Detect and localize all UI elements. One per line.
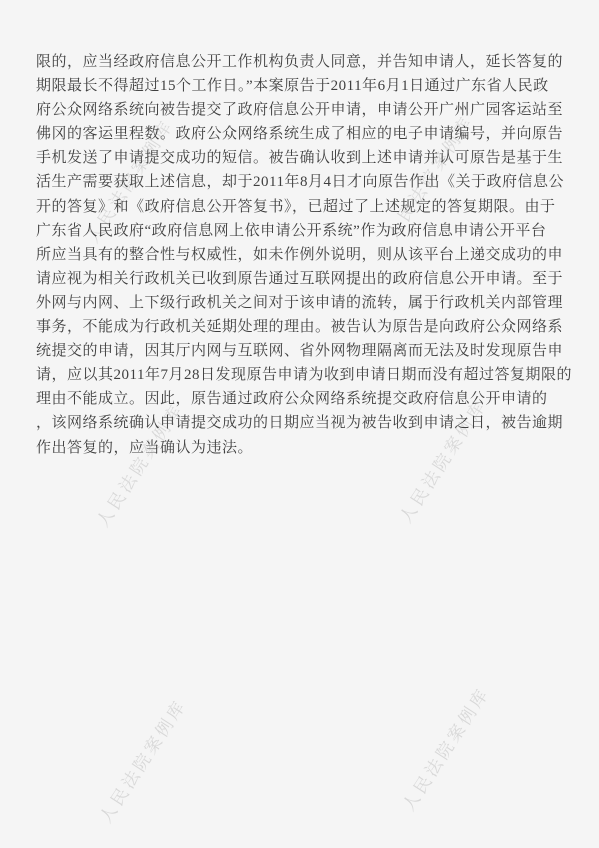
text-line: 限的，应当经政府信息公开工作机构负责人同意，并告知申请人，延长答复的 [36,50,569,74]
text-line: 活生产需要获取上述信息，却于2011年8月4日才向原告作出《关于政府信息公 [36,170,569,194]
text-line: 期限最长不得超过15个工作日。”本案原告于2011年6月1日通过广东省人民政 [36,74,569,98]
text-line: 事务，不能成为行政机关延期处理的理由。被告认为原告是向政府公众网络系 [36,315,569,339]
document-page: 人民法院案例库 人民法院案例库 人民法院案例库 人民法院案例库 人民法院案例库 … [0,0,599,848]
text-line: 府公众网络系统向被告提交了政府信息公开申请，申请公开广州广园客运站至 [36,98,569,122]
text-line: 理由不能成立。因此，原告通过政府公众网络系统提交政府信息公开申请的 [36,387,569,411]
document-text: 限的，应当经政府信息公开工作机构负责人同意，并告知申请人，延长答复的期限最长不得… [36,50,569,460]
text-line: 统提交的申请，因其厅内网与互联网、省外网物理隔离而无法及时发现原告申 [36,339,569,363]
text-line: 请应视为相关行政机关已收到原告通过互联网提出的政府信息公开申请。至于 [36,267,569,291]
text-line: 手机发送了申请提交成功的短信。被告确认收到上述申请并认可原告是基于生 [36,146,569,170]
text-line: 佛冈的客运里程数。政府公众网络系统生成了相应的电子申请编号，并向原告 [36,122,569,146]
watermark: 人民法院案例库 [399,684,494,815]
text-line: 开的答复》和《政府信息公开答复书》，已超过了上述规定的答复期限。由于 [36,195,569,219]
text-line: 外网与内网、上下级行政机关之间对于该申请的流转，属于行政机关内部管理 [36,291,569,315]
text-line: 作出答复的，应当确认为违法。 [36,436,569,460]
text-line: 请，应以其2011年7月28日发现原告申请为收到申请日期而没有超过答复期限的 [36,363,569,387]
text-line: 广东省人民政府“政府信息网上依申请公开系统”作为政府信息申请公开平台 [36,219,569,243]
text-line: 所应当具有的整合性与权威性，如未作例外说明，则从该平台上递交成功的申 [36,243,569,267]
watermark: 人民法院案例库 [96,696,191,827]
text-line: ，该网络系统确认申请提交成功的日期应当视为被告收到申请之日，被告逾期 [36,411,569,435]
